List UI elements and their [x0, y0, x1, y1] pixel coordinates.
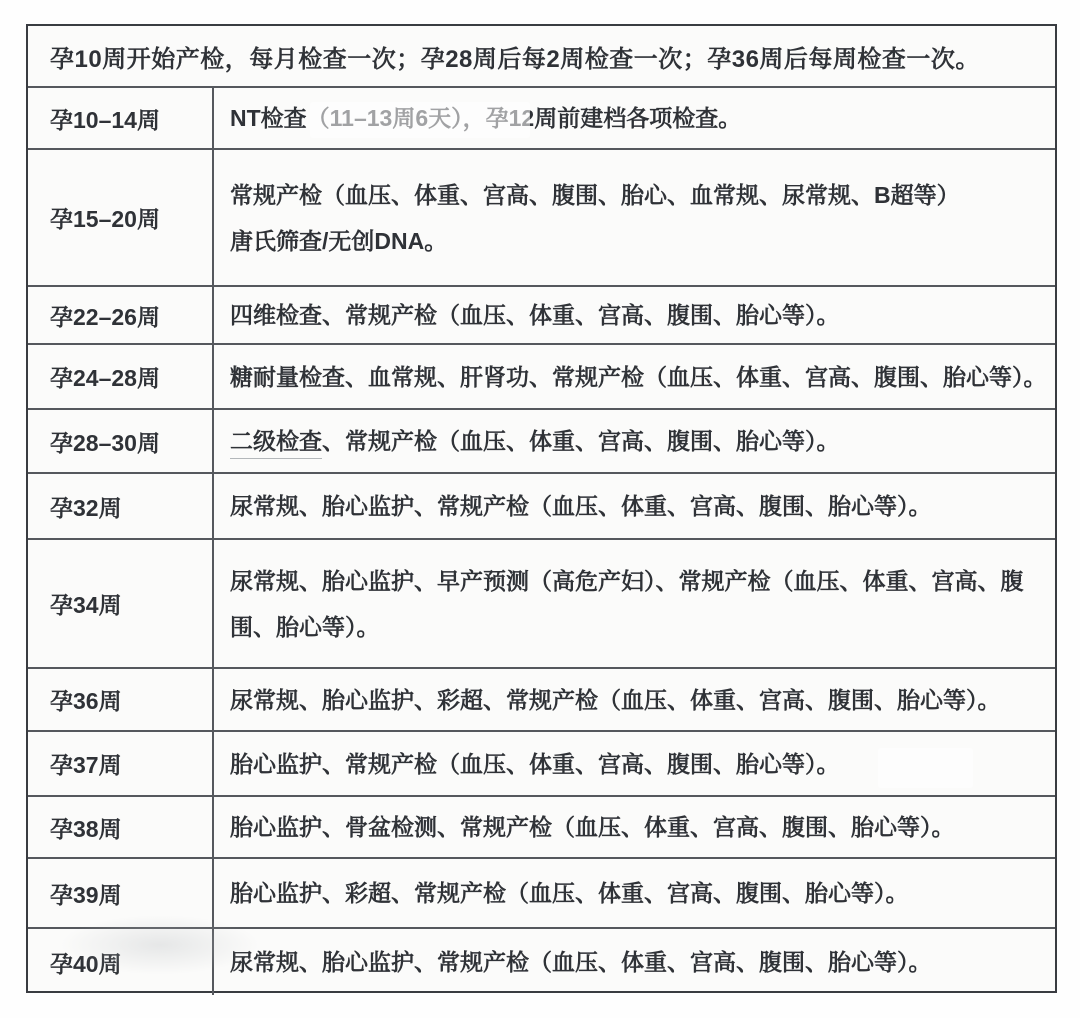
table-header-note: 孕10周开始产检，每月检查一次；孕28周后每2周检查一次；孕36周后每周检查一次… [28, 26, 1055, 88]
checkup-items-cell: 二级检查、常规产检（血压、体重、宫高、腹围、胎心等）。 [214, 410, 1055, 472]
week-range-cell: 孕34周 [28, 540, 214, 667]
table-row: 孕40周 尿常规、胎心监护、常规产检（血压、体重、宫高、腹围、胎心等）。 [28, 929, 1055, 995]
table-rows: 孕10–14周 NT检查（11–13周6天），孕12周前建档各项检查。 孕15–… [28, 88, 1055, 995]
week-range-cell: 孕39周 [28, 859, 214, 927]
week-range-cell: 孕36周 [28, 669, 214, 730]
table-row: 孕38周 胎心监护、骨盆检测、常规产检（血压、体重、宫高、腹围、胎心等）。 [28, 797, 1055, 859]
table-row: 孕15–20周 常规产检（血压、体重、宫高、腹围、胎心、血常规、尿常规、B超等）… [28, 150, 1055, 287]
table-row: 孕22–26周 四维检查、常规产检（血压、体重、宫高、腹围、胎心等）。 [28, 287, 1055, 345]
table-row: 孕36周 尿常规、胎心监护、彩超、常规产检（血压、体重、宫高、腹围、胎心等）。 [28, 669, 1055, 732]
table-row: 孕37周 胎心监护、常规产检（血压、体重、宫高、腹围、胎心等）。 [28, 732, 1055, 797]
week-range-cell: 孕37周 [28, 732, 214, 795]
table-row: 孕34周 尿常规、胎心监护、早产预测（高危产妇）、常规产检（血压、体重、宫高、腹… [28, 540, 1055, 669]
checkup-items-cell: NT检查（11–13周6天），孕12周前建档各项检查。 [214, 88, 1055, 148]
checkup-items-cell: 尿常规、胎心监护、早产预测（高危产妇）、常规产检（血压、体重、宫高、腹围、胎心等… [214, 540, 1055, 667]
checkup-items-cell: 尿常规、胎心监护、常规产检（血压、体重、宫高、腹围、胎心等）。 [214, 929, 1055, 995]
checkup-items-cell: 尿常规、胎心监护、彩超、常规产检（血压、体重、宫高、腹围、胎心等）。 [214, 669, 1055, 730]
week-range-cell: 孕32周 [28, 474, 214, 538]
week-range-cell: 孕22–26周 [28, 287, 214, 343]
week-range-cell: 孕10–14周 [28, 88, 214, 148]
week-range-cell: 孕28–30周 [28, 410, 214, 472]
checkup-items-cell: 尿常规、胎心监护、常规产检（血压、体重、宫高、腹围、胎心等）。 [214, 474, 1055, 538]
checkup-items-cell: 常规产检（血压、体重、宫高、腹围、胎心、血常规、尿常规、B超等）唐氏筛查/无创D… [214, 150, 1055, 285]
week-range-cell: 孕15–20周 [28, 150, 214, 285]
table-row: 孕28–30周 二级检查、常规产检（血压、体重、宫高、腹围、胎心等）。 [28, 410, 1055, 474]
week-range-cell: 孕40周 [28, 929, 214, 995]
checkup-items-cell: 胎心监护、骨盆检测、常规产检（血压、体重、宫高、腹围、胎心等）。 [214, 797, 1055, 857]
week-range-cell: 孕24–28周 [28, 345, 214, 408]
checkup-items-cell: 胎心监护、彩超、常规产检（血压、体重、宫高、腹围、胎心等）。 [214, 859, 1055, 927]
table-row: 孕24–28周 糖耐量检查、血常规、肝肾功、常规产检（血压、体重、宫高、腹围、胎… [28, 345, 1055, 410]
table-row: 孕32周 尿常规、胎心监护、常规产检（血压、体重、宫高、腹围、胎心等）。 [28, 474, 1055, 540]
page: 孕10周开始产检，每月检查一次；孕28周后每2周检查一次；孕36周后每周检查一次… [0, 0, 1080, 1018]
checkup-items-cell: 胎心监护、常规产检（血压、体重、宫高、腹围、胎心等）。 [214, 732, 1055, 795]
week-range-cell: 孕38周 [28, 797, 214, 857]
table-row: 孕10–14周 NT检查（11–13周6天），孕12周前建档各项检查。 [28, 88, 1055, 150]
prenatal-checkup-schedule-table: 孕10周开始产检，每月检查一次；孕28周后每2周检查一次；孕36周后每周检查一次… [26, 24, 1057, 993]
checkup-items-cell: 糖耐量检查、血常规、肝肾功、常规产检（血压、体重、宫高、腹围、胎心等）。 [214, 345, 1055, 408]
checkup-items-cell: 四维检查、常规产检（血压、体重、宫高、腹围、胎心等）。 [214, 287, 1055, 343]
table-row: 孕39周 胎心监护、彩超、常规产检（血压、体重、宫高、腹围、胎心等）。 [28, 859, 1055, 929]
